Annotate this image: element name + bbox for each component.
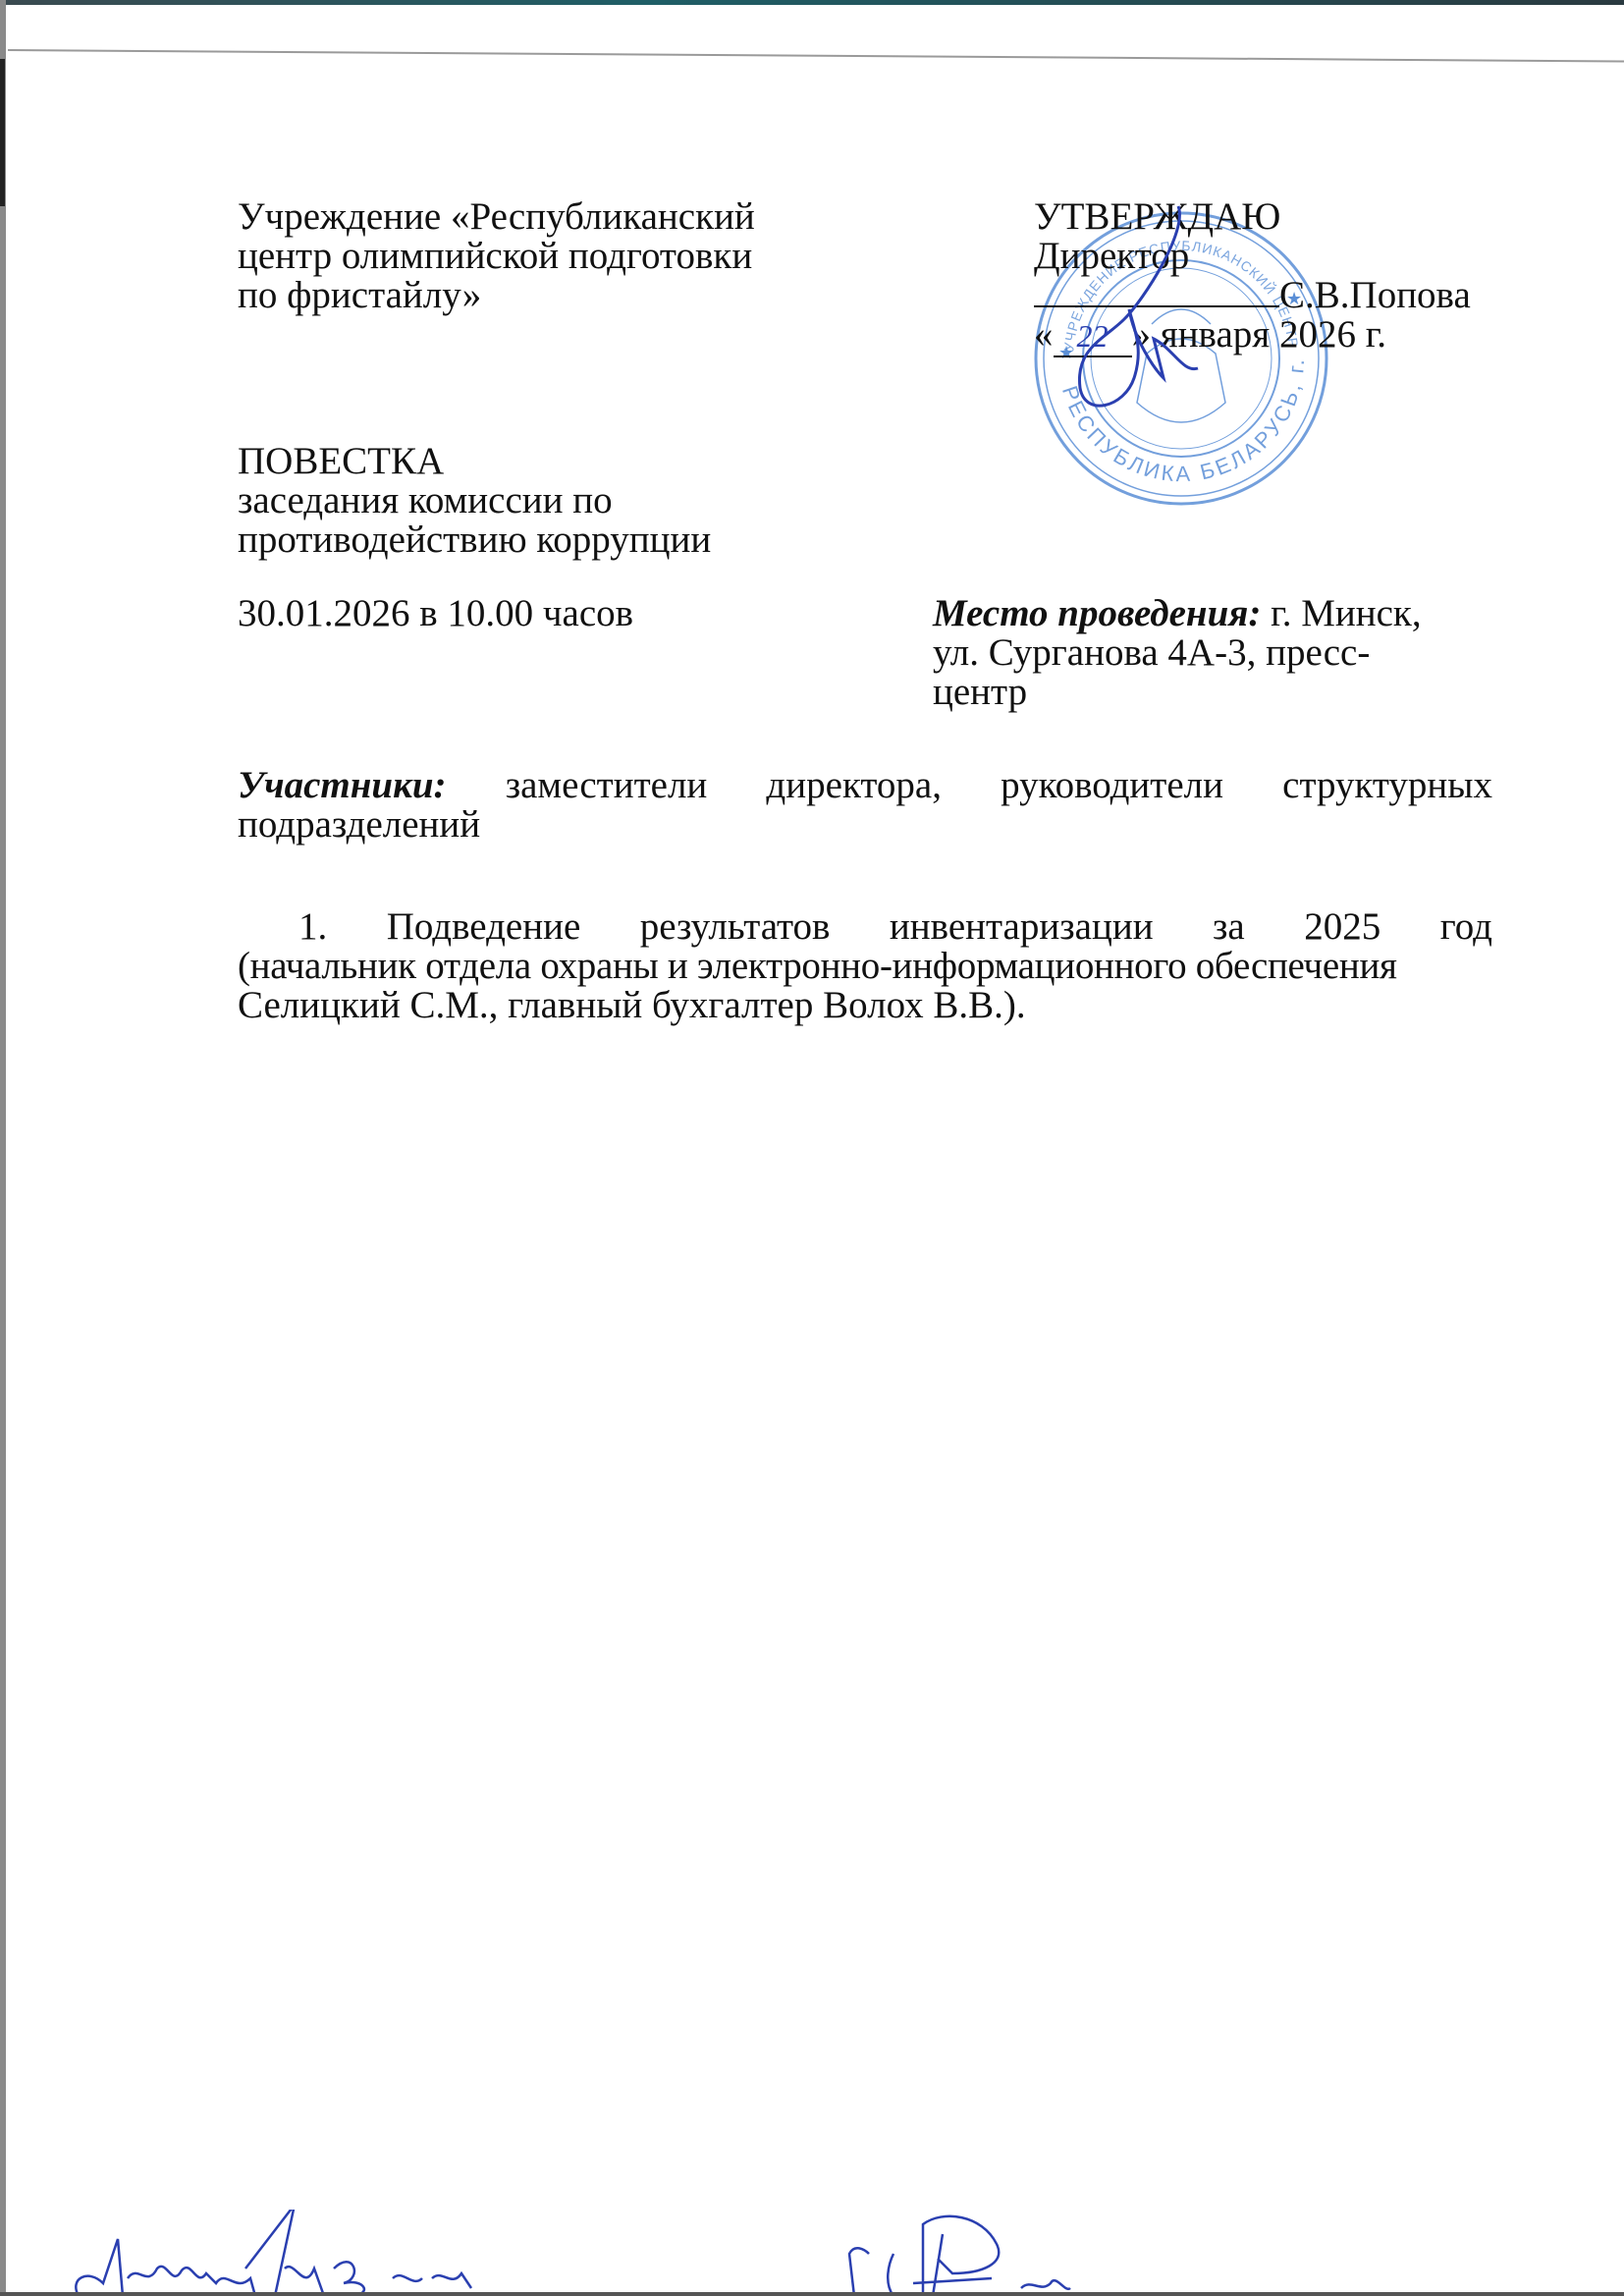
agenda-word: 2025 — [1304, 907, 1380, 947]
handwritten-signature-left — [59, 2210, 609, 2296]
org-line-3: по фристайлу» — [238, 276, 755, 315]
agenda-item-number: 1. — [298, 907, 327, 947]
participants-word: директора, — [766, 766, 942, 805]
agenda-word: инвентаризации — [890, 907, 1154, 947]
document-subtitle-1: заседания комиссии по — [238, 481, 711, 520]
agenda-word: результатов — [640, 907, 831, 947]
participants-label: Участники: — [238, 766, 447, 805]
place-address: ул. Сурганова 4А-3, пресс- — [933, 633, 1483, 673]
agenda-item-line-2: (начальник отдела охраны и электронно-ин… — [238, 947, 1492, 986]
scan-edge-left — [0, 0, 6, 2296]
agenda-word: год — [1440, 907, 1492, 947]
scan-edge-top — [0, 0, 1624, 5]
org-line-2: центр олимпийской подготовки — [238, 237, 755, 276]
place-address-cont: центр — [933, 673, 1483, 712]
agenda-item-line-3: Селицкий С.М., главный бухгалтер Волох В… — [238, 986, 1492, 1025]
director-signature — [1065, 201, 1213, 417]
place-label: Место проведения: — [933, 592, 1261, 634]
scan-edge-shadow — [0, 59, 5, 206]
document-title: ПОВЕСТКА — [238, 442, 711, 481]
document-subtitle-2: противодействию коррупции — [238, 520, 711, 560]
participants-line-2: подразделений — [238, 805, 1492, 845]
organization-name: Учреждение «Республиканский центр олимпи… — [238, 197, 755, 315]
place-city: г. Минск, — [1261, 592, 1421, 634]
date-open-quote: « — [1034, 313, 1054, 355]
agenda-word: за — [1213, 907, 1245, 947]
agenda-item: 1. Подведение результатов инвентаризации… — [238, 907, 1492, 1025]
participants-word: руководители — [1001, 766, 1223, 805]
scan-fold-line — [8, 49, 1624, 63]
document-title-block: ПОВЕСТКА заседания комиссии по противоде… — [238, 442, 711, 560]
participants-word: структурных — [1282, 766, 1492, 805]
org-line-1: Учреждение «Республиканский — [238, 197, 755, 237]
meeting-datetime: 30.01.2026 в 10.00 часов — [238, 594, 633, 633]
meeting-place: Место проведения: г. Минск, ул. Сурганов… — [933, 594, 1483, 712]
approval-signatory: С.В.Попова — [1279, 274, 1471, 316]
participants: Участники: заместители директора, руково… — [238, 766, 1492, 845]
handwritten-signature-right — [835, 2214, 1159, 2296]
agenda-word: Подведение — [387, 907, 581, 947]
scan-edge-bottom — [0, 2292, 1624, 2296]
participants-word: заместители — [506, 766, 708, 805]
